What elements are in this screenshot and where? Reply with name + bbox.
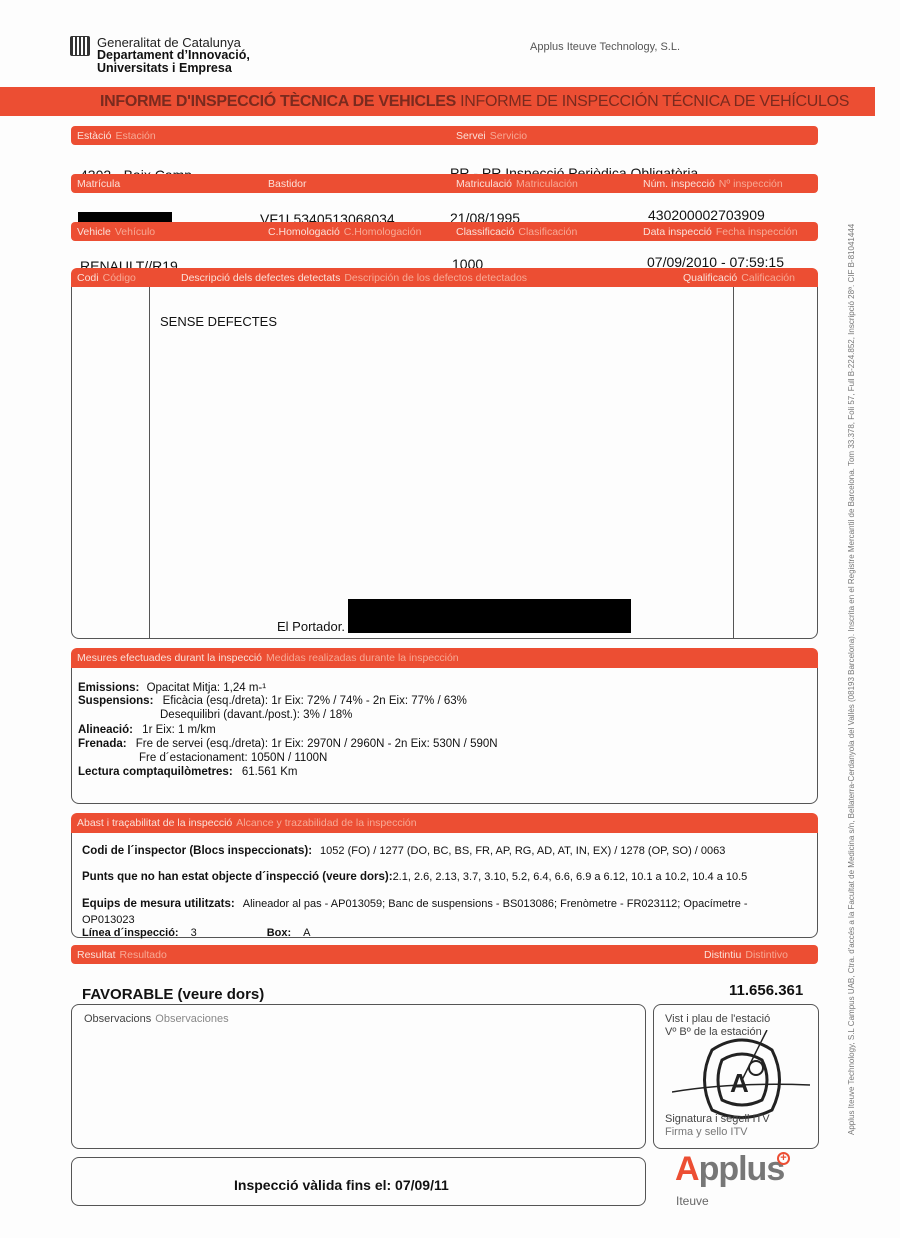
legal-side-note: Applus Iteuve Technology, S.L Campus UAB… bbox=[847, 224, 856, 1135]
observations-box bbox=[71, 1004, 646, 1149]
title-catalan: INFORME D'INSPECCIÓ TÈCNICA DE VEHICLES bbox=[100, 93, 456, 110]
company-name: Applus Iteuve Technology, S.L. bbox=[530, 41, 680, 53]
stamp-line3: Signatura i segell ITV bbox=[665, 1113, 770, 1125]
distintiu-value: 11.656.361 bbox=[729, 982, 803, 999]
measurements-header-bar: Mesures efectuades durant la inspeccióMe… bbox=[71, 648, 818, 668]
result-header-bar: ResultatResultado DistintiuDistintivo bbox=[71, 945, 818, 964]
value-num-inspeccio: 430200002703909 bbox=[648, 207, 765, 223]
scope-header-bar: Abast i traçabilitat de la inspeccióAlca… bbox=[71, 813, 818, 833]
applus-plus-icon: + bbox=[777, 1152, 790, 1165]
defects-text: SENSE DEFECTES bbox=[160, 314, 277, 329]
label-bastidor: Bastidor bbox=[268, 178, 307, 190]
label-num-inspeccio: Núm. inspeccióNº inspección bbox=[643, 178, 783, 190]
scope-inspector: Codi de l´inspector (Blocs inspeccionats… bbox=[82, 845, 725, 857]
redacted-portador bbox=[348, 599, 631, 633]
label-classificacio: ClassificacióClasificación bbox=[456, 226, 577, 238]
label-matriculacio: MatriculacióMatriculación bbox=[456, 178, 578, 190]
scope-punts: Punts que no han estat objecte d´inspecc… bbox=[82, 871, 747, 883]
scope-equips: Equips de mesura utilitzats:Alineador al… bbox=[82, 898, 748, 910]
label-resultat: ResultatResultado bbox=[77, 949, 167, 961]
measurement-emissions: Emissions: Opacitat Mitja: 1,24 m-¹ bbox=[78, 682, 266, 694]
label-observacions: ObservacionsObservaciones bbox=[84, 1013, 229, 1025]
defects-header-bar: CodiCódigo Descripció dels defectes dete… bbox=[71, 268, 818, 287]
scope-equips-cont: OP013023 bbox=[82, 914, 135, 926]
label-mesures: Mesures efectuades durant la inspeccióMe… bbox=[77, 652, 459, 664]
org-line-3: Universitats i Empresa bbox=[97, 61, 232, 75]
title-spanish: INFORME DE INSPECCIÓN TÉCNICA DE VEHÍCUL… bbox=[460, 93, 849, 110]
stamp-line1: Vist i plau de l'estació bbox=[665, 1013, 770, 1025]
result-value: FAVORABLE (veure dors) bbox=[82, 986, 264, 1003]
measurement-comptaquilometres: Lectura comptaquilòmetres: 61.561 Km bbox=[78, 766, 297, 778]
measurement-suspensions: Suspensions: Eficàcia (esq./dreta): 1r E… bbox=[78, 695, 467, 707]
title-banner: INFORME D'INSPECCIÓ TÈCNICA DE VEHICLES … bbox=[0, 87, 875, 116]
label-homologacio: C.HomologacióC.Homologación bbox=[268, 226, 421, 238]
label-matricula: Matrícula bbox=[77, 178, 120, 190]
portador-label: El Portador. bbox=[277, 619, 345, 634]
label-distintiu: DistintiuDistintivo bbox=[704, 949, 788, 961]
org-line-2: Departament d’Innovació, bbox=[97, 48, 250, 62]
column-divider-right bbox=[733, 287, 734, 638]
label-abast: Abast i traçabilitat de la inspeccióAlca… bbox=[77, 817, 417, 829]
column-divider-left bbox=[149, 287, 150, 638]
label-data-inspeccio: Data inspeccióFecha inspección bbox=[643, 226, 798, 238]
vehicle-id-bar: Matrícula Bastidor MatriculacióMatricula… bbox=[71, 174, 818, 193]
label-codi: CodiCódigo bbox=[77, 272, 136, 284]
validity-text: Inspecció vàlida fins el: 07/09/11 bbox=[234, 1177, 449, 1193]
document-title: INFORME D'INSPECCIÓ TÈCNICA DE VEHICLES … bbox=[100, 93, 849, 111]
label-servei: ServeiServicio bbox=[456, 130, 527, 142]
scope-linia: Línea d´inspecció:3Box:A bbox=[82, 927, 311, 939]
generalitat-emblem-icon bbox=[70, 36, 90, 56]
label-qualificacio: QualificacióCalificación bbox=[683, 272, 795, 284]
stamp-line4: Firma y sello ITV bbox=[665, 1126, 748, 1138]
measurement-frenada: Frenada: Fre de servei (esq./dreta): 1r … bbox=[78, 738, 498, 750]
label-estacio: EstàcióEstación bbox=[77, 130, 156, 142]
station-service-bar: EstàcióEstación ServeiServicio bbox=[71, 126, 818, 145]
vehicle-class-bar: VehicleVehículo C.HomologacióC.Homologac… bbox=[71, 222, 818, 241]
applus-logo: Applus bbox=[675, 1150, 784, 1189]
measurement-alineacio: Alineació: 1r Eix: 1 m/km bbox=[78, 724, 216, 736]
label-vehicle: VehicleVehículo bbox=[77, 226, 155, 238]
measurement-desequilibri: Desequilibri (davant./post.): 3% / 18% bbox=[160, 709, 352, 721]
brand-sub: Iteuve bbox=[676, 1194, 709, 1208]
label-descripcio: Descripció dels defectes detectatsDescri… bbox=[181, 272, 527, 284]
measurement-fre-estacionament: Fre d´estacionament: 1050N / 1100N bbox=[139, 752, 327, 764]
